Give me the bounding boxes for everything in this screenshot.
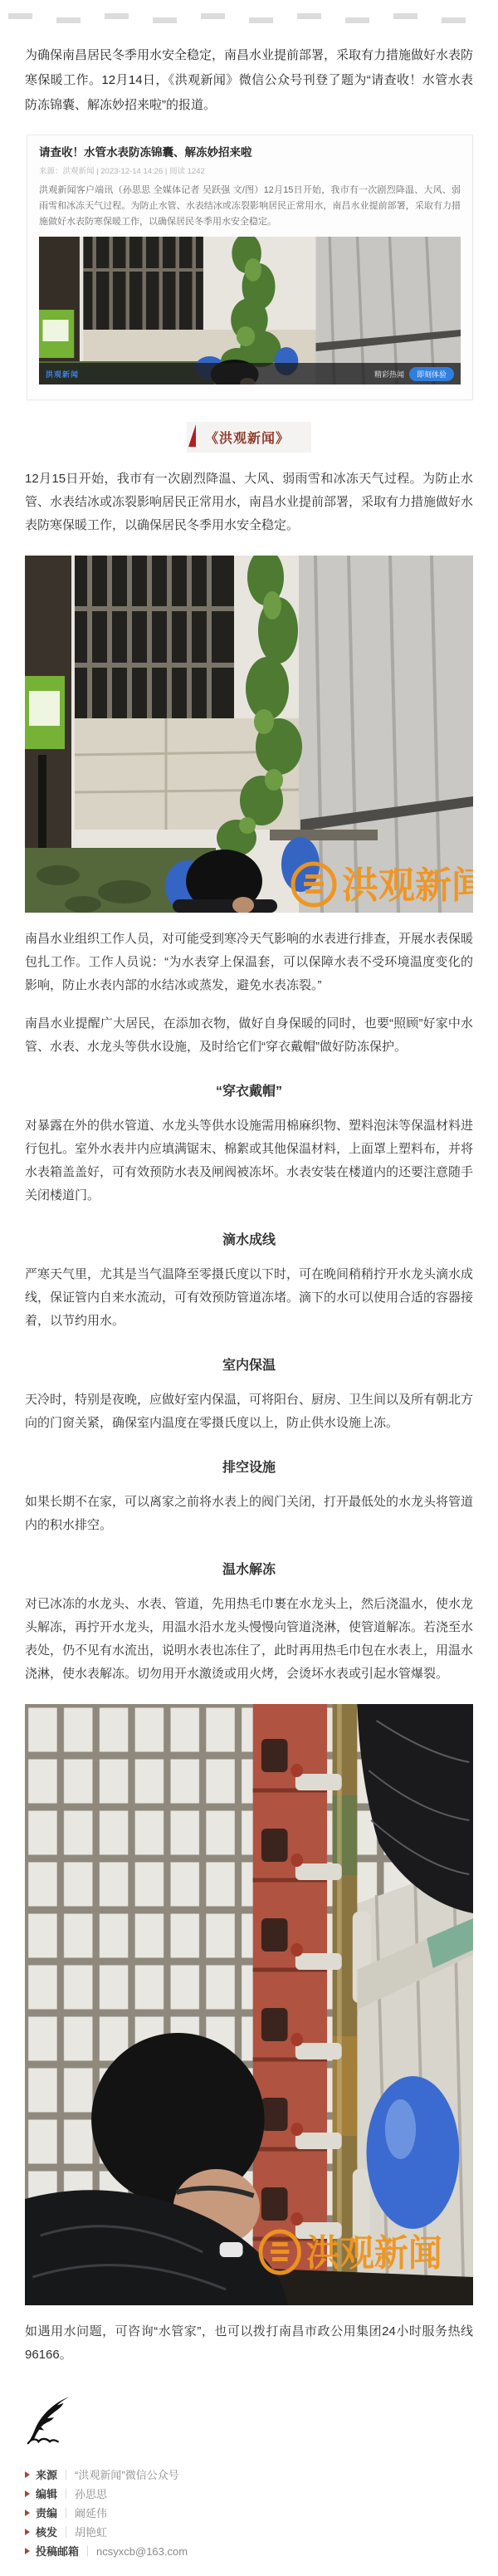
- credit-row: 编辑 ｜ 孙思思: [25, 2485, 473, 2504]
- section-heading: 室内保温: [25, 1354, 473, 1374]
- svg-text:洪观新闻: 洪观新闻: [342, 865, 473, 906]
- paragraph: 严寒天气里，尤其是当气温降至零摄氏度以下时，可在晚间稍稍拧开水龙头滴水成线，保证…: [25, 1263, 473, 1333]
- badge-text: 《洪观新闻》: [205, 432, 290, 446]
- article-photo-2: 洪观新闻: [25, 1704, 473, 2305]
- paragraph: 12月15日开始，我市有一次剧烈降温、大风、弱雨雪和冰冻天气过程。为防止水管、水…: [25, 468, 473, 537]
- credit-separator: ｜: [61, 2504, 71, 2523]
- paragraph: 南昌水业提醒广大居民，在添加衣物，做好自身保暖的同时，也要“照顾”好家中水管、水…: [25, 1012, 473, 1059]
- card-title: 请查收！水管水表防冻锦囊、解冻妙招来啦: [39, 145, 461, 160]
- credit-value: 孙思思: [75, 2485, 107, 2504]
- credit-separator: ｜: [61, 2485, 71, 2504]
- svg-text:洪观新闻: 洪观新闻: [306, 2234, 442, 2275]
- credit-value: ncsyxcb@163.com: [96, 2542, 188, 2561]
- paragraph: 如遇用水问题，可咨询“水管家”，也可以拨打南昌市政公用集团24小时服务热线961…: [25, 2320, 473, 2367]
- experience-button[interactable]: 即刻体验: [409, 367, 454, 381]
- card-meta: 来源：洪观新闻 | 2023-12-14 14:26 | 阅读 1242: [39, 164, 461, 176]
- article-footer: 来源 ｜ “洪观新闻”微信公众号 编辑 ｜ 孙思思 责编 ｜ 阚延伟 核发 ｜ …: [0, 2395, 498, 2561]
- card-bar-text: 精彩热闻: [374, 369, 404, 380]
- article-page: 为确保南昌居民冬季用水安全稳定，南昌水业提前部署，采取有力措施做好水表防寒保暖工…: [0, 0, 498, 2576]
- bullet-icon: [25, 2490, 30, 2497]
- red-flag-icon: [188, 424, 196, 447]
- credit-row: 来源 ｜ “洪观新闻”微信公众号: [25, 2466, 473, 2485]
- credit-separator: ｜: [61, 2523, 71, 2542]
- credit-row: 投稿邮箱 ｜ ncsyxcb@163.com: [25, 2542, 473, 2561]
- credit-label: 投稿邮箱: [36, 2542, 79, 2561]
- credit-separator: ｜: [61, 2466, 71, 2485]
- credit-label: 责编: [36, 2504, 57, 2523]
- credit-label: 编辑: [36, 2485, 57, 2504]
- app-logo-icon: 洪观新闻: [46, 369, 79, 380]
- credit-label: 核发: [36, 2523, 57, 2542]
- paragraph: 如果长期不在家，可以离家之前将水表上的阀门关闭，打开最低处的水龙头将管道内的积水…: [25, 1491, 473, 1537]
- card-excerpt: 洪观新闻客户端讯（孙思思 全媒体记者 吴跃强 文/图）12月15日开始，我市有一…: [39, 183, 461, 230]
- section-heading: 滴水成线: [25, 1229, 473, 1248]
- credit-row: 核发 ｜ 胡艳虹: [25, 2523, 473, 2542]
- bullet-icon: [25, 2471, 30, 2478]
- paragraph: 对暴露在外的供水管道、水龙头等供水设施需用棉麻织物、塑料泡沫等保温材料进行包扎。…: [25, 1114, 473, 1207]
- section-heading: 温水解冻: [25, 1559, 473, 1578]
- credit-value: 阚延伟: [75, 2504, 107, 2523]
- paragraph: 南昌水业组织工作人员，对可能受到寒冷天气影响的水表进行排查，开展水表保暖包扎工作…: [25, 928, 473, 997]
- section-heading: “穿衣戴帽”: [25, 1080, 473, 1099]
- card-app-bar: 洪观新闻 精彩热闻 即刻体验: [39, 363, 461, 384]
- credit-separator: ｜: [82, 2542, 93, 2561]
- section-badge: 《洪观新闻》: [187, 422, 311, 453]
- embedded-news-card[interactable]: 请查收！水管水表防冻锦囊、解冻妙招来啦 来源：洪观新闻 | 2023-12-14…: [27, 135, 473, 400]
- credit-label: 来源: [36, 2466, 57, 2485]
- bullet-icon: [25, 2529, 30, 2535]
- section-heading: 排空设施: [25, 1457, 473, 1476]
- article-photo-1: 洪观新闻: [25, 556, 473, 913]
- top-dashed-divider: [0, 0, 498, 25]
- paragraph: 天冷时，特别是夜晚，应做好室内保温，可将阳台、厨房、卫生间以及所有朝北方向的门窗…: [25, 1388, 473, 1435]
- credits-list: 来源 ｜ “洪观新闻”微信公众号 编辑 ｜ 孙思思 责编 ｜ 阚延伟 核发 ｜ …: [25, 2466, 473, 2561]
- credit-value: 胡艳虹: [75, 2523, 107, 2542]
- bullet-icon: [25, 2548, 30, 2554]
- paragraph: 对已冰冻的水龙头、水表、管道，先用热毛巾裹在水龙头上，然后浇温水，使水龙头解冻，…: [25, 1593, 473, 1686]
- card-photo: 洪观新闻 精彩热闻 即刻体验: [39, 237, 461, 384]
- bullet-icon: [25, 2510, 30, 2516]
- quill-pen-icon: [25, 2395, 76, 2446]
- credit-row: 责编 ｜ 阚延伟: [25, 2504, 473, 2523]
- credit-value: “洪观新闻”微信公众号: [75, 2466, 179, 2485]
- intro-paragraph: 为确保南昌居民冬季用水安全稳定，南昌水业提前部署，采取有力措施做好水表防寒保暖工…: [25, 43, 473, 118]
